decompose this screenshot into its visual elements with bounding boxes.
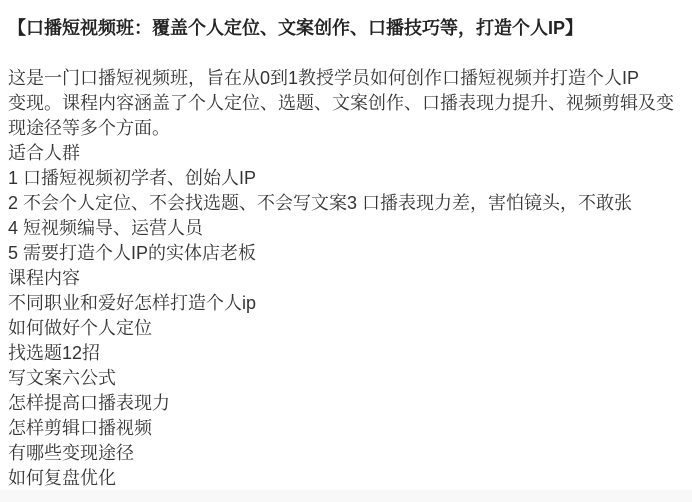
document-page: 【口播短视频班：覆盖个人定位、文案创作、口播技巧等，打造个人IP】 这是一门口播…	[0, 0, 692, 502]
audience-item: 5 需要打造个人IP的实体店老板	[8, 241, 686, 266]
audience-item: 2 不会个人定位、不会找选题、不会写文案3 口播表现力差，害怕镜头，不敢张	[8, 191, 686, 216]
content-item: 如何做好个人定位	[8, 316, 686, 341]
intro-line: 现途径等多个方面。	[8, 116, 686, 141]
content-item: 找选题12招	[8, 341, 686, 366]
section-heading-audience: 适合人群	[8, 141, 686, 166]
audience-item: 4 短视频编导、运营人员	[8, 216, 686, 241]
content-item: 不同职业和爱好怎样打造个人ip	[8, 291, 686, 316]
intro-line: 这是一门口播短视频班，旨在从0到1教授学员如何创作口播短视频并打造个人IP	[8, 66, 686, 91]
intro-line: 变现。课程内容涵盖了个人定位、选题、文案创作、口播表现力提升、视频剪辑及变	[8, 91, 686, 116]
document-content: 【口播短视频班：覆盖个人定位、文案创作、口播技巧等，打造个人IP】 这是一门口播…	[0, 0, 692, 491]
section-heading-content: 课程内容	[8, 266, 686, 291]
audience-item: 1 口播短视频初学者、创始人IP	[8, 166, 686, 191]
content-item: 怎样提高口播表现力	[8, 391, 686, 416]
content-item: 怎样剪辑口播视频	[8, 416, 686, 441]
content-item: 有哪些变现途径	[8, 441, 686, 466]
content-item: 写文案六公式	[8, 366, 686, 391]
footer-strip	[0, 490, 692, 502]
course-title: 【口播短视频班：覆盖个人定位、文案创作、口播技巧等，打造个人IP】	[8, 16, 686, 41]
content-item: 如何复盘优化	[8, 466, 686, 491]
